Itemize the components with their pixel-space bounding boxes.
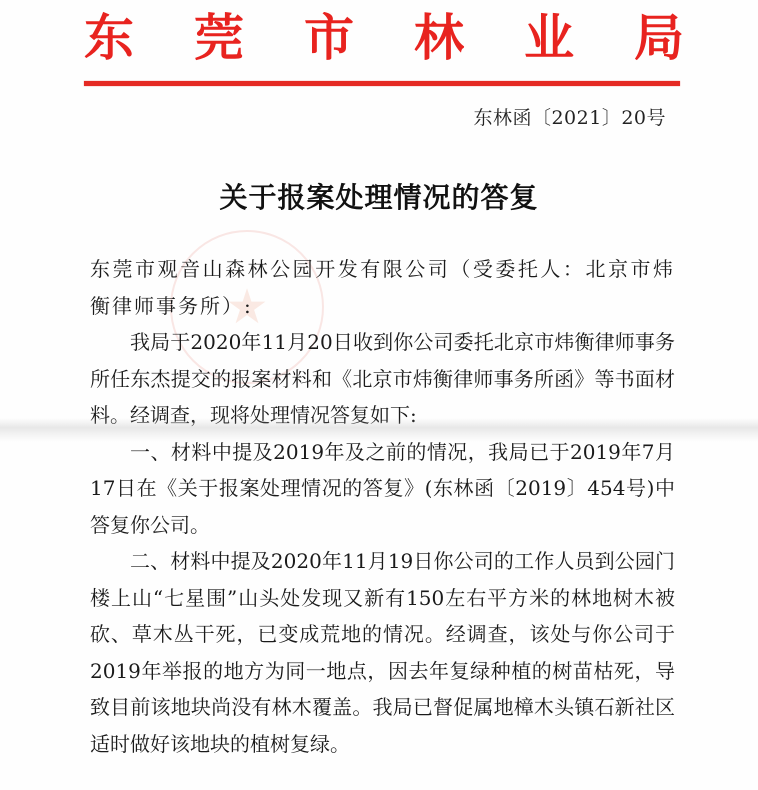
letterhead-char: 莞 (194, 8, 244, 68)
letterhead-char: 业 (524, 8, 574, 68)
document-page: 东 莞 市 林 业 局 东林函〔2021〕20号 关于报案处理情况的答复 ★ 东… (0, 0, 758, 790)
document-body: 东莞市观音山森林公园开发有限公司（受委托人：北京市炜衡律师事务所）: 我局于20… (90, 251, 675, 762)
letterhead-char: 东 (84, 8, 134, 68)
letterhead-divider (84, 81, 680, 86)
document-number: 东林函〔2021〕20号 (473, 103, 666, 130)
letterhead: 东 莞 市 林 业 局 (84, 8, 684, 68)
document-title: 关于报案处理情况的答复 (0, 176, 758, 216)
addressee: 东莞市观音山森林公园开发有限公司（受委托人：北京市炜衡律师事务所）: (90, 251, 675, 324)
paragraph-item-1: 一、材料中提及2019年及之前的情况，我局已于2019年7月17日在《关于报案处… (90, 434, 675, 544)
letterhead-char: 林 (414, 8, 464, 68)
paragraph-item-2: 二、材料中提及2020年11月19日你公司的工作人员到公园门楼上山“七星围”山头… (90, 543, 675, 762)
letterhead-char: 局 (634, 8, 684, 68)
paragraph-intro: 我局于2020年11月20日收到你公司委托北京市炜衡律师事务所任东杰提交的报案材… (90, 324, 675, 434)
letterhead-char: 市 (304, 8, 354, 68)
